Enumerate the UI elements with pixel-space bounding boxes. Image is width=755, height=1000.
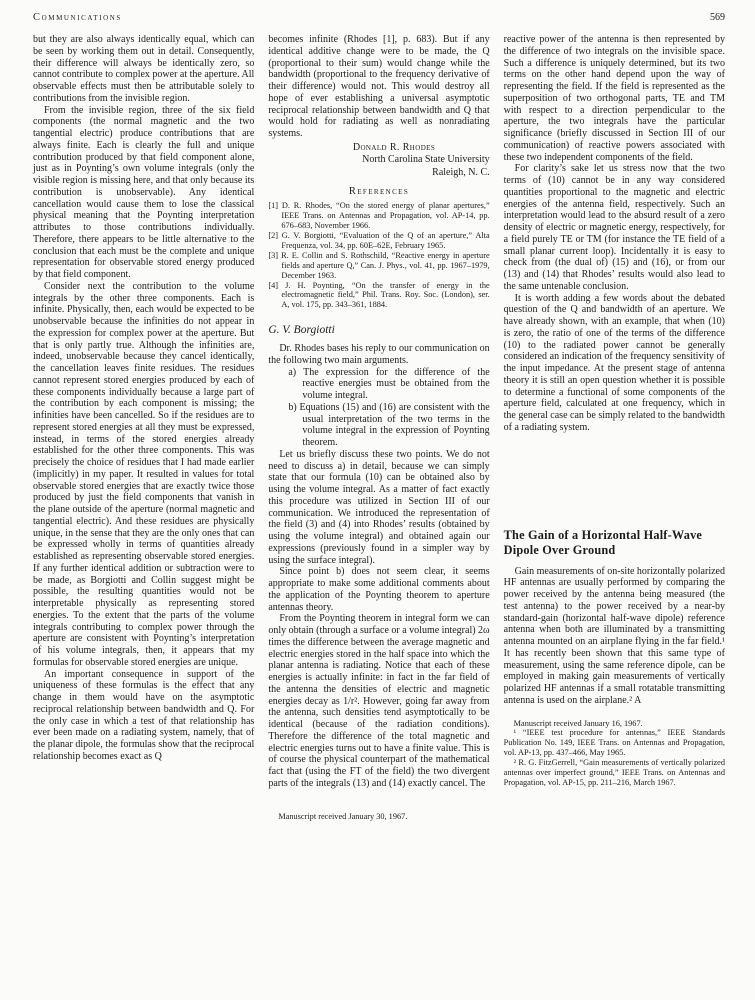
- journal-page: Communications 569 but they are also alw…: [0, 0, 755, 1000]
- running-head: Communications: [33, 12, 122, 23]
- reference-item: [2] G. V. Borgiotti, “Evaluation of the …: [268, 231, 489, 251]
- column-1: but they are also always identically equ…: [33, 34, 254, 822]
- body-paragraph: but they are also always identically equ…: [33, 34, 254, 105]
- reference-item: [3] R. E. Collin and S. Rothschild, “Rea…: [268, 251, 489, 281]
- body-paragraph: reactive power of the antenna is then re…: [504, 34, 725, 163]
- references-heading: References: [268, 186, 489, 197]
- manuscript-footnote: Manuscript received January 16, 1967.: [504, 719, 725, 729]
- body-paragraph: becomes infinite (Rhodes [1], p. 683). B…: [268, 34, 489, 140]
- column-2: becomes infinite (Rhodes [1], p. 683). B…: [268, 34, 489, 822]
- section-gap: [504, 434, 725, 528]
- body-paragraph: It is worth adding a few words about the…: [504, 293, 725, 434]
- author-signature-block: Donald R. Rhodes North Carolina State Un…: [268, 142, 489, 180]
- article-title: The Gain of a Horizontal Half-Wave Dipol…: [504, 528, 725, 559]
- page-header: Communications 569: [33, 12, 725, 23]
- footnote-reference-2: ² R. G. FitzGerrell, “Gain measurements …: [504, 758, 725, 788]
- page-number: 569: [710, 12, 725, 23]
- footnote-block: Manuscript received January 16, 1967. ¹ …: [504, 719, 725, 788]
- body-paragraph: An important consequence in support of t…: [33, 669, 254, 763]
- reference-item: [1] D. R. Rhodes, “On the stored energy …: [268, 201, 489, 231]
- manuscript-footnote: Manuscript received January 30, 1967.: [268, 812, 489, 822]
- list-item-a: a) The expression for the difference of …: [268, 367, 489, 402]
- footnote-block: Manuscript received January 30, 1967.: [268, 812, 489, 822]
- column-3: reactive power of the antenna is then re…: [504, 34, 725, 822]
- body-paragraph: Dr. Rhodes bases his reply to our commun…: [268, 343, 489, 367]
- author-name: Donald R. Rhodes: [268, 142, 489, 155]
- reference-item: [4] J. H. Poynting, “On the transfer of …: [268, 281, 489, 311]
- author-affiliation: North Carolina State University: [268, 154, 489, 167]
- body-paragraph: From the invisible region, three of the …: [33, 105, 254, 281]
- author-location: Raleigh, N. C.: [268, 167, 489, 180]
- body-paragraph: For clarity’s sake let us stress now tha…: [504, 163, 725, 292]
- list-item-b: b) Equations (15) and (16) are consisten…: [268, 402, 489, 449]
- footnote-reference-1: ¹ “IEEE test procedure for antennas,” IE…: [504, 728, 725, 758]
- body-paragraph: Let us briefly discuss these two points.…: [268, 449, 489, 567]
- body-paragraph: Gain measurements of on-site horizontall…: [504, 566, 725, 707]
- body-paragraph: Since point b) does not seem clear, it s…: [268, 566, 489, 613]
- three-column-layout: but they are also always identically equ…: [33, 34, 725, 822]
- body-paragraph: Consider next the contribution to the vo…: [33, 281, 254, 669]
- body-paragraph: From the Poynting theorem in integral fo…: [268, 613, 489, 789]
- reply-author-heading: G. V. Borgiotti: [268, 324, 489, 336]
